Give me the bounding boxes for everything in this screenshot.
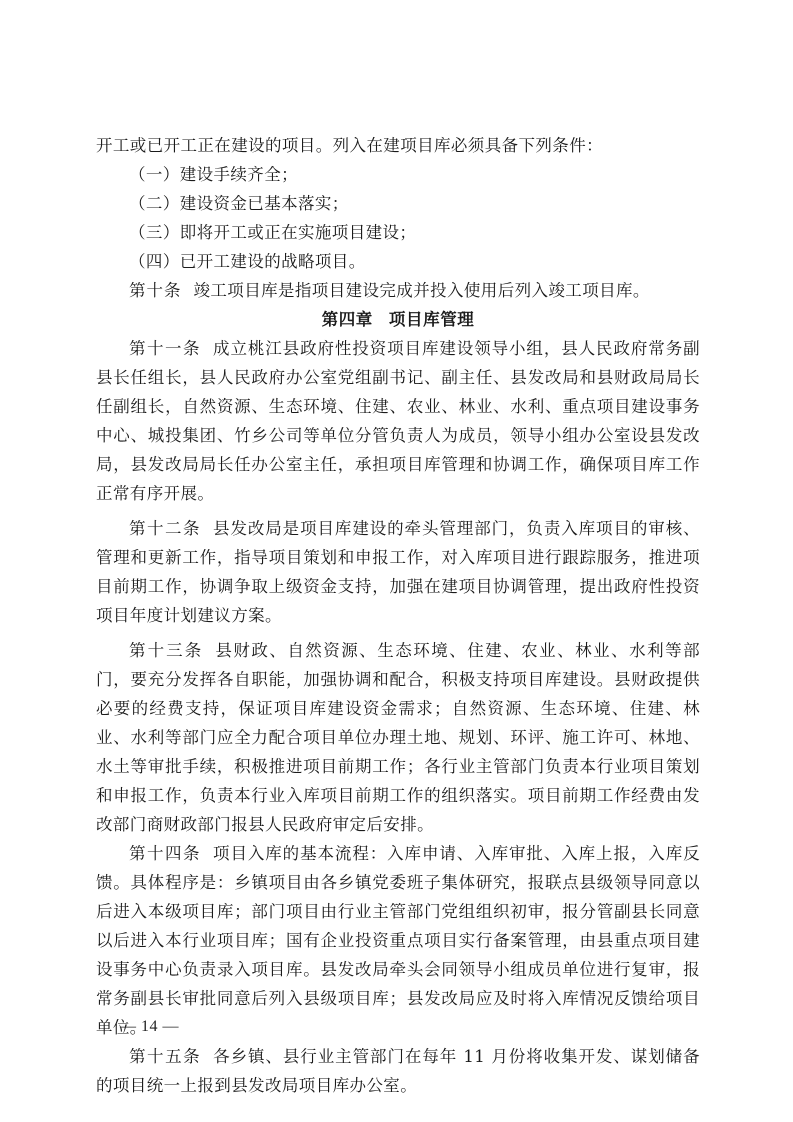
condition-item: （三）即将开工或正在实施项目建设；: [96, 218, 700, 247]
condition-item: （四）已开工建设的战略项目。: [96, 247, 700, 276]
paragraph-continuation: 开工或已开工正在建设的项目。列入在建项目库必须具备下列条件：: [96, 131, 700, 160]
article-10: 第十条竣工项目库是指项目建设完成并投入使用后列入竣工项目库。: [96, 276, 700, 305]
article-12: 第十二条县发改局是项目库建设的牵头管理部门，负责入库项目的审核、管理和更新工作，…: [96, 514, 700, 630]
article-number: 第十条: [129, 281, 182, 300]
chapter-heading: 第四章项目库管理: [96, 305, 700, 334]
article-15: 第十五条各乡镇、县行业主管部门在每年 11 月份将收集开发、谋划储备的项目统一上…: [96, 1042, 700, 1100]
chapter-title: 项目库管理: [389, 310, 475, 329]
article-text: 项目入库的基本流程：入库申请、入库审批、入库上报，入库反馈。具体程序是：乡镇项目…: [96, 844, 700, 1037]
article-14: 第十四条项目入库的基本流程：入库申请、入库审批、入库上报，入库反馈。具体程序是：…: [96, 839, 700, 1042]
chapter-number: 第四章: [322, 310, 373, 329]
article-11: 第十一条成立桃江县政府性投资项目库建设领导小组，县人民政府常务副县长任组长，县人…: [96, 334, 700, 508]
page-number: — 14 —: [120, 1018, 179, 1036]
article-text: 竣工项目库是指项目建设完成并投入使用后列入竣工项目库。: [194, 281, 650, 300]
article-13: 第十三条县财政、自然资源、生态环境、住建、农业、林业、水利等部门，要充分发挥各自…: [96, 636, 700, 839]
article-number: 第十五条: [129, 1047, 201, 1066]
article-number: 第十二条: [129, 519, 201, 538]
article-number: 第十四条: [129, 844, 201, 863]
condition-item: （二）建设资金已基本落实；: [96, 189, 700, 218]
article-text: 成立桃江县政府性投资项目库建设领导小组，县人民政府常务副县长任组长，县人民政府办…: [96, 339, 700, 503]
article-number: 第十一条: [129, 339, 201, 358]
article-number: 第十三条: [129, 641, 203, 660]
article-text: 县财政、自然资源、生态环境、住建、农业、林业、水利等部门，要充分发挥各自职能，加…: [96, 641, 700, 834]
document-page: 开工或已开工正在建设的项目。列入在建项目库必须具备下列条件： （一）建设手续齐全…: [96, 131, 700, 1100]
condition-item: （一）建设手续齐全；: [96, 160, 700, 189]
